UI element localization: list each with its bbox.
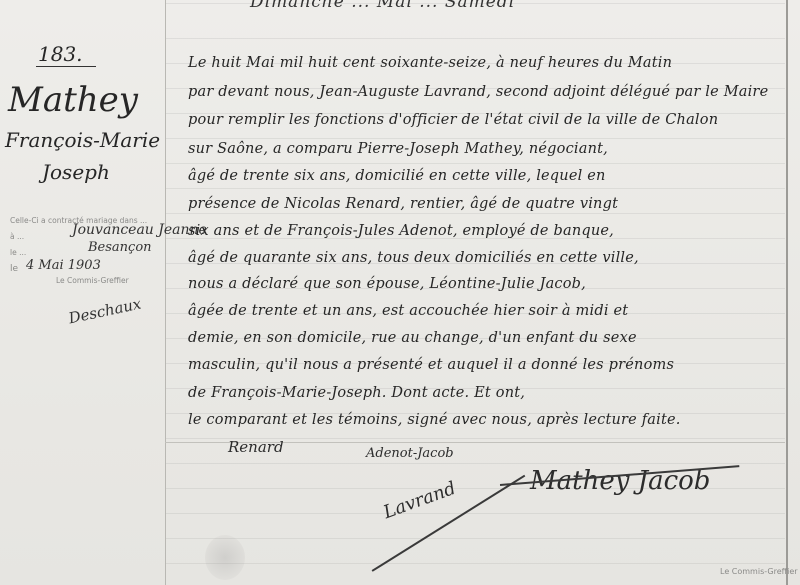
marriage-place: Besançon — [88, 240, 152, 255]
child-surname: Mathey — [8, 80, 138, 120]
register-page: Dimanche ... Mai ... Samedi 183. Mathey … — [0, 0, 800, 585]
act-number-underline — [36, 66, 96, 67]
child-given-names-2: Joseph — [42, 160, 110, 184]
date-prefix: le — [10, 264, 18, 274]
page-edge — [786, 0, 788, 585]
clerk-stamp: Le Commis-Greffier — [56, 276, 129, 285]
header-text: Dimanche ... Mai ... Samedi — [250, 0, 515, 12]
body-line-4: sur Saône, a comparu Pierre-Joseph Mathe… — [188, 141, 608, 157]
body-line-6: présence de Nicolas Renard, rentier, âgé… — [188, 196, 618, 212]
body-line-7: six ans et de François-Jules Adenot, emp… — [188, 223, 614, 239]
marriage-stamp-line-3: le ... — [10, 248, 26, 257]
footer-clerk-stamp: Le Commis-Greffier — [720, 567, 798, 576]
signature-witness-1: Renard — [228, 438, 284, 456]
body-line-5: âgé de trente six ans, domicilié en cett… — [188, 168, 606, 184]
clerk-signature: Deschaux — [67, 295, 143, 328]
body-line-8: âgé de quarante six ans, tous deux domic… — [188, 250, 639, 266]
body-line-13: de François-Marie-Joseph. Dont acte. Et … — [188, 385, 525, 401]
marriage-date: 4 Mai 1903 — [26, 258, 101, 273]
body-line-14: le comparant et les témoins, signé avec … — [188, 412, 681, 428]
body-line-1: Le huit Mai mil huit cent soixante-seize… — [188, 55, 672, 71]
margin-divider — [165, 0, 166, 585]
act-number: 183. — [38, 42, 83, 66]
body-line-2: par devant nous, Jean-Auguste Lavrand, s… — [188, 84, 768, 100]
signature-witness-2: Adenot-Jacob — [366, 446, 454, 461]
body-line-12: masculin, qu'il nous a présenté et auque… — [188, 357, 674, 373]
ink-smudge — [205, 535, 245, 580]
child-given-names-1: François-Marie — [5, 128, 160, 152]
body-line-9: nous a déclaré que son épouse, Léontine-… — [188, 276, 586, 292]
body-line-11: demie, en son domicile, rue au change, d… — [188, 330, 637, 346]
spouse-name: Jouvanceau Jeanne — [72, 222, 207, 238]
body-line-10: âgée de trente et un ans, est accouchée … — [188, 303, 628, 319]
marriage-stamp-line-2: à ... — [10, 232, 24, 241]
body-line-3: pour remplir les fonctions d'officier de… — [188, 112, 718, 128]
